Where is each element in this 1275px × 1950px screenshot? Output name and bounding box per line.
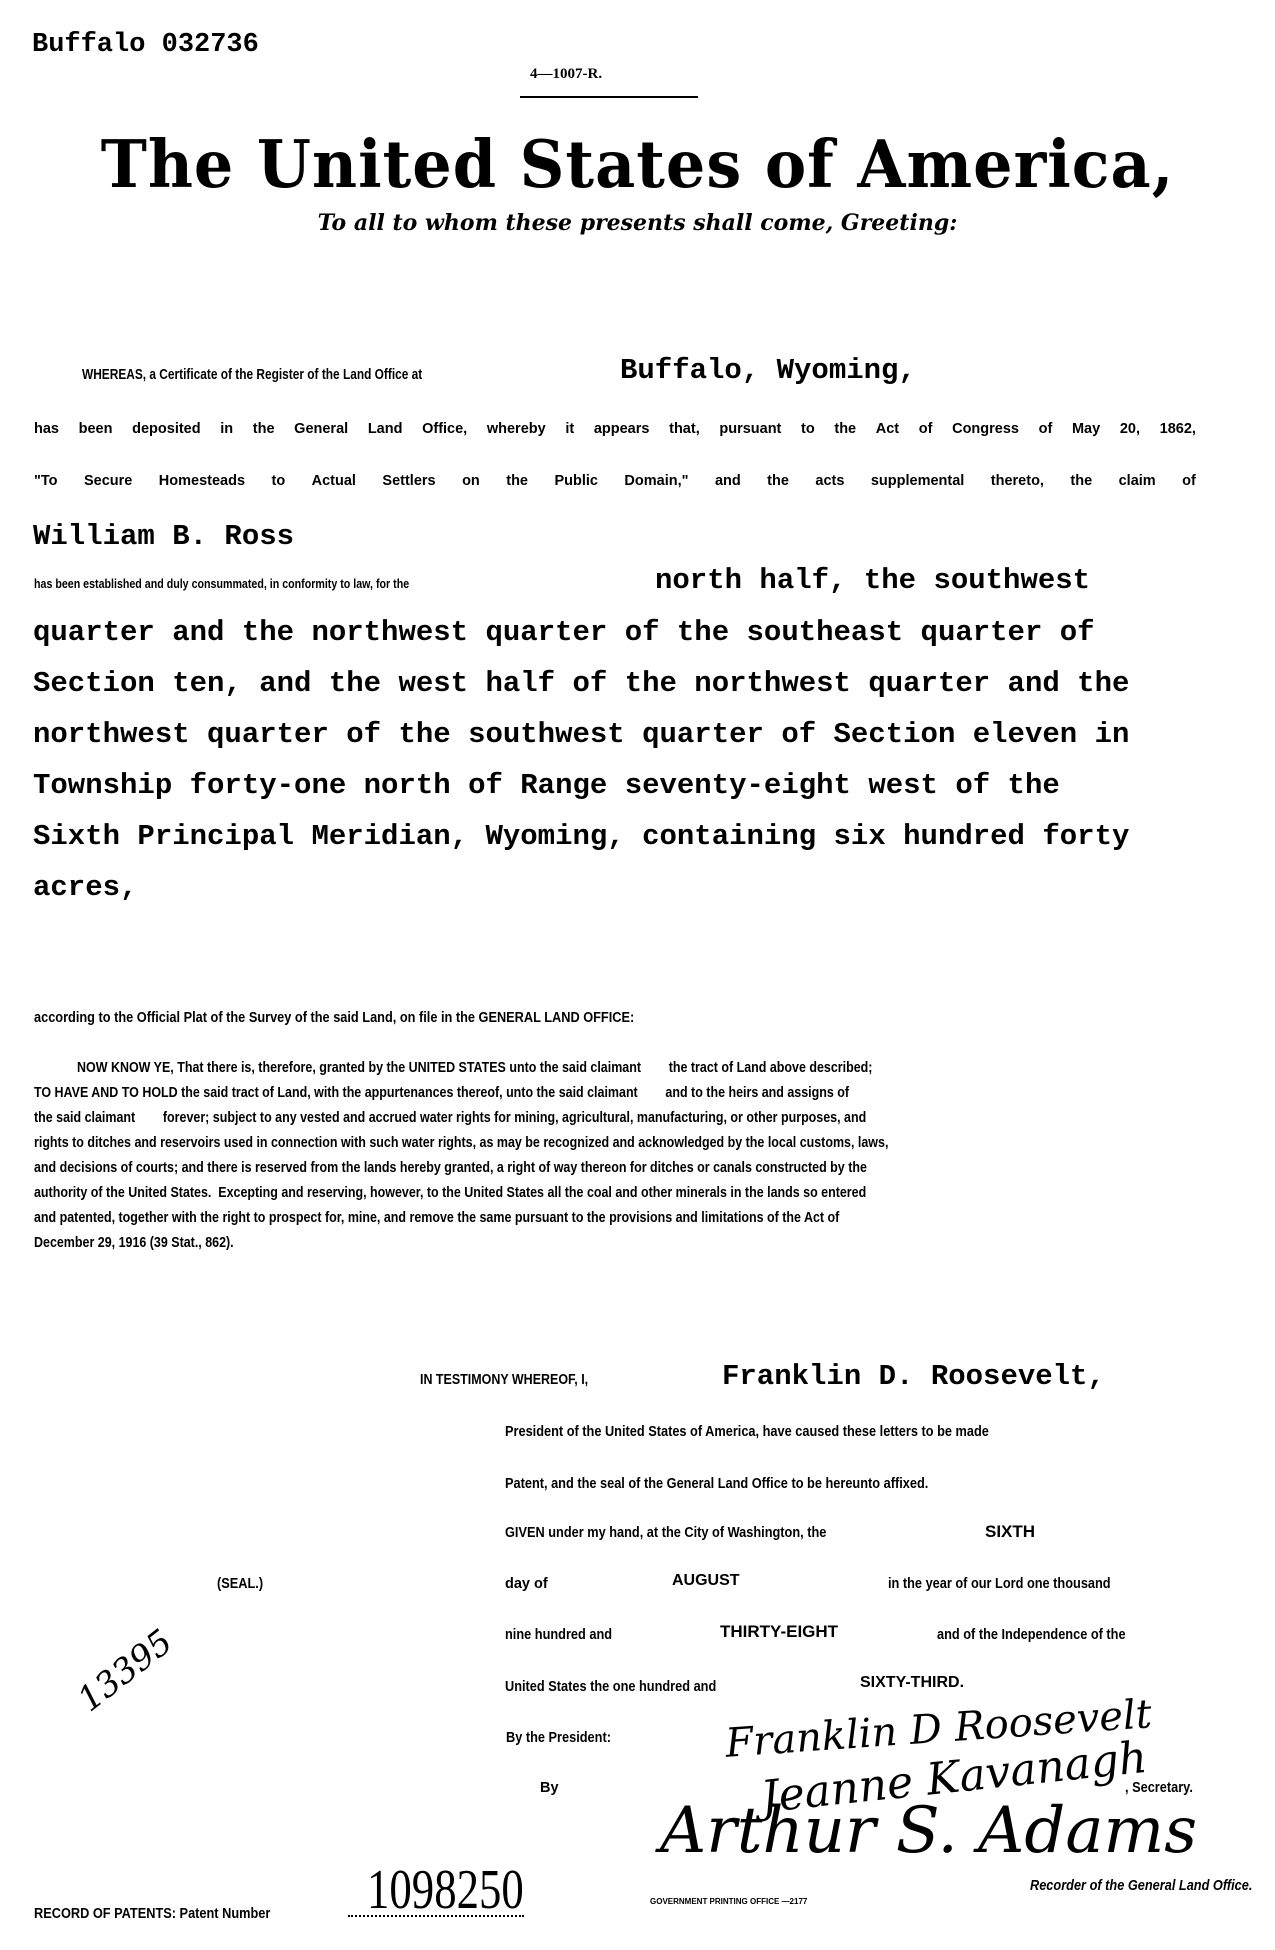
printing-office-imprint: GOVERNMENT PRINTING OFFICE —2177 bbox=[650, 1897, 807, 1906]
date-month: AUGUST bbox=[672, 1572, 740, 1590]
recorder-title: Recorder of the General Land Office. bbox=[1030, 1878, 1252, 1894]
land-description-line: quarter and the northwest quarter of the… bbox=[33, 616, 1095, 649]
independence-clause: and of the Independence of the bbox=[937, 1627, 1126, 1643]
date-day: SIXTH bbox=[985, 1522, 1035, 1542]
testimony-line: President of the United States of Americ… bbox=[505, 1424, 1112, 1440]
testimony-line: Patent, and the seal of the General Land… bbox=[505, 1476, 1112, 1492]
given-clause: GIVEN under my hand, at the City of Wash… bbox=[505, 1525, 826, 1541]
land-description-line: Section ten, and the west half of the no… bbox=[33, 667, 1129, 700]
president-name: Franklin D. Roosevelt, bbox=[722, 1360, 1105, 1393]
grant-line: and decisions of courts; and there is re… bbox=[34, 1160, 1032, 1176]
grant-line: and patented, together with the right to… bbox=[34, 1210, 1032, 1226]
by-label: By bbox=[540, 1780, 559, 1796]
whereas-clause: WHEREAS, a Certificate of the Register o… bbox=[82, 367, 422, 383]
patent-number: 1098250 bbox=[367, 1858, 524, 1922]
day-of-label: day of bbox=[505, 1576, 548, 1592]
land-description-line: acres, bbox=[33, 871, 137, 904]
form-number: 4—1007-R. bbox=[530, 66, 602, 83]
file-number: Buffalo 032736 bbox=[32, 30, 259, 60]
grant-line: rights to ditches and reservoirs used in… bbox=[34, 1135, 1032, 1151]
land-office-location: Buffalo, Wyoming, bbox=[620, 354, 916, 387]
recital-line-2: hasbeendepositedintheGeneralLandOffice,w… bbox=[34, 421, 1196, 437]
land-description-line: northwest quarter of the southwest quart… bbox=[33, 718, 1129, 751]
according-clause: according to the Official Plat of the Su… bbox=[34, 1010, 634, 1026]
greeting: To all to whom these presents shall come… bbox=[0, 210, 1275, 236]
nine-hundred-label: nine hundred and bbox=[505, 1627, 612, 1643]
testimony-intro: IN TESTIMONY WHEREOF, I, bbox=[420, 1372, 588, 1388]
grant-line: the said claimant forever; subject to an… bbox=[34, 1110, 1032, 1126]
united-states-clause: United States the one hundred and bbox=[505, 1679, 716, 1695]
land-description-line: Township forty-one north of Range sevent… bbox=[33, 769, 1060, 802]
document-title: The United States of America, bbox=[0, 126, 1275, 203]
grant-line: TO HAVE AND TO HOLD the said tract of La… bbox=[34, 1085, 1032, 1101]
handwritten-note: 13395 bbox=[70, 1622, 180, 1720]
independence-year: SIXTY-THIRD. bbox=[860, 1674, 964, 1692]
year-clause: in the year of our Lord one thousand bbox=[888, 1576, 1111, 1592]
land-description-line: north half, the southwest bbox=[655, 564, 1090, 597]
established-clause: has been established and duly consummate… bbox=[34, 576, 409, 591]
claimant-name: William B. Ross bbox=[33, 520, 294, 553]
grant-line: authority of the United States. Exceptin… bbox=[34, 1185, 1032, 1201]
by-president-label: By the President: bbox=[506, 1730, 611, 1746]
form-number-rule bbox=[520, 96, 698, 98]
record-of-patents-label: RECORD OF PATENTS: Patent Number bbox=[34, 1906, 270, 1922]
grant-line: NOW KNOW YE, That there is, therefore, g… bbox=[34, 1060, 1032, 1076]
recorder-signature: Arthur S. Adams bbox=[660, 1794, 1197, 1868]
seal-label: (SEAL.) bbox=[217, 1576, 263, 1592]
grant-line: December 29, 1916 (39 Stat., 862). bbox=[34, 1235, 1032, 1251]
date-year: THIRTY-EIGHT bbox=[720, 1622, 838, 1642]
land-description-line: Sixth Principal Meridian, Wyoming, conta… bbox=[33, 820, 1129, 853]
recital-line-3: "ToSecureHomesteadstoActualSettlersonthe… bbox=[34, 473, 1196, 489]
